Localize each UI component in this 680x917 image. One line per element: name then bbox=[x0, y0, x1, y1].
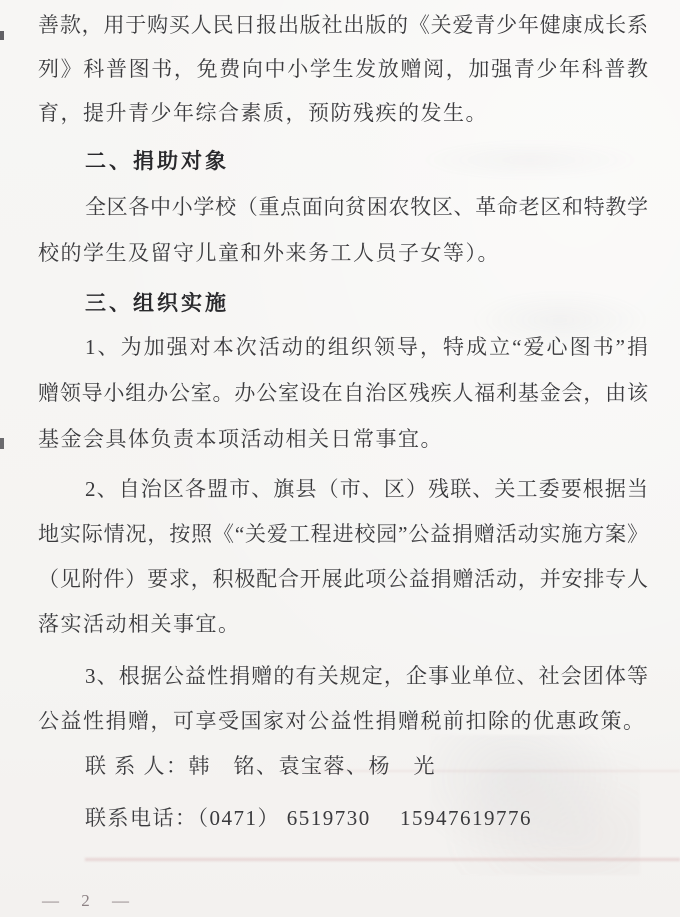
section-3-item-2-line: 地实际情况，按照《“关爱工程进校园”公益捐赠活动实施方案》 bbox=[38, 521, 648, 547]
scan-line-artifact bbox=[85, 858, 680, 861]
section-2-body-line: 全区各中小学校（重点面向贫困农牧区、革命老区和特教学 bbox=[85, 194, 648, 220]
scan-edge-speck bbox=[0, 438, 4, 449]
section-3-item-3-line: 公益性捐赠，可享受国家对公益性捐赠税前扣除的优惠政策。 bbox=[38, 708, 646, 734]
section-3-item-1-line: 赠领导小组办公室。办公室设在自治区残疾人福利基金会，由该 bbox=[38, 380, 648, 406]
section-3-heading: 三、组织实施 bbox=[85, 291, 229, 317]
intro-paragraph-line: 善款，用于购买人民日报出版社出版的《关爱青少年健康成长系 bbox=[38, 12, 648, 38]
section-2-heading: 二、捐助对象 bbox=[85, 149, 229, 175]
section-2-body-line: 校的学生及留守儿童和外来务工人员子女等）。 bbox=[38, 240, 500, 266]
scan-bleed-artifact bbox=[420, 140, 640, 180]
section-3-item-3-line: 3、根据公益性捐赠的有关规定，企事业单位、社会团体等 bbox=[85, 663, 648, 689]
intro-paragraph-line: 列》科普图书，免费向中小学生发放赠阅，加强青少年科普教 bbox=[38, 56, 648, 82]
page-number: — 2 — bbox=[42, 891, 138, 911]
section-3-item-2-line: （见附件）要求，积极配合开展此项公益捐赠活动，并安排专人 bbox=[38, 566, 648, 592]
section-3-item-1-line: 1、为加强对本次活动的组织领导，特成立“爱心图书”捐 bbox=[85, 334, 648, 360]
section-3-item-2-line: 2、自治区各盟市、旗县（市、区）残联、关工委要根据当 bbox=[85, 476, 648, 502]
contact-phone-line: 联系电话：（0471） 6519730 15947619776 bbox=[85, 805, 532, 831]
intro-paragraph-line: 育，提升青少年综合素质，预防残疾的发生。 bbox=[38, 100, 488, 126]
section-3-item-1-line: 基金会具体负责本项活动相关日常事宜。 bbox=[38, 426, 443, 452]
scanned-document-page: 善款，用于购买人民日报出版社出版的《关爱青少年健康成长系 列》科普图书，免费向中… bbox=[0, 0, 680, 917]
section-3-item-2-line: 落实活动相关事宜。 bbox=[38, 611, 241, 637]
scan-edge-speck bbox=[0, 31, 4, 40]
contact-person-line: 联 系 人：韩 铭、袁宝蓉、杨 光 bbox=[85, 753, 436, 779]
